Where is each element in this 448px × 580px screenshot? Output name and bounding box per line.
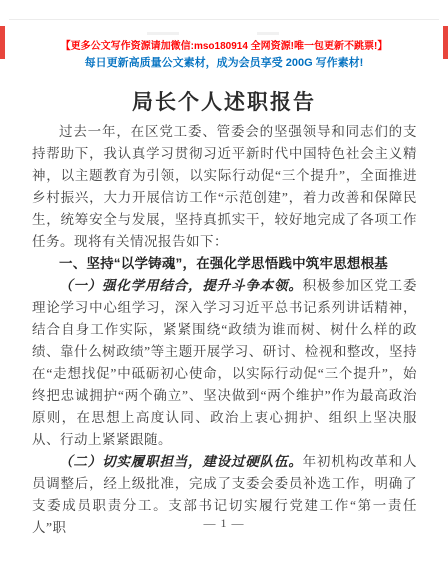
document-body: 过去一年，在区党工委、管委会的坚强领导和同志们的支持帮助下，我认真学习贯彻习近平… xyxy=(32,121,417,539)
top-rule-divider xyxy=(9,19,439,20)
page-title: 局长个人述职报告 xyxy=(0,89,448,115)
section-1-text: 积极参加区党工委理论学习中心组学习，深入学习习近平总书记系列讲话精神，结合自身工… xyxy=(32,278,417,447)
section-1-lead: （一）强化学用结合，提升斗争本领。 xyxy=(59,278,303,293)
page-number: — 1 — xyxy=(0,516,448,530)
ad-banner: 【更多公文写作资源请加微信:mso180914 全网资源!唯一包更新不跳票!】 … xyxy=(0,41,448,70)
ad-banner-line-1: 【更多公文写作资源请加微信:mso180914 全网资源!唯一包更新不跳票!】 xyxy=(0,41,448,53)
ad-banner-line-2: 每日更新高质量公文素材，成为会员享受 200G 写作素材! xyxy=(0,56,448,70)
section-1-paragraph: （一）强化学用结合，提升斗争本领。积极参加区党工委理论学习中心组学习，深入学习习… xyxy=(32,275,417,451)
section-heading-1: 一、坚持“以学铸魂”，在强化学思悟践中筑牢思想根基 xyxy=(32,253,417,275)
intro-paragraph: 过去一年，在区党工委、管委会的坚强领导和同志们的支持帮助下，我认真学习贯彻习近平… xyxy=(32,121,417,253)
watermark-smudge xyxy=(147,32,179,35)
document-page: 【更多公文写作资源请加微信:mso180914 全网资源!唯一包更新不跳票!】 … xyxy=(0,0,448,580)
watermark-smudge xyxy=(257,32,279,35)
section-2-lead: （二）切实履职担当，建设过硬队伍。 xyxy=(59,454,303,469)
